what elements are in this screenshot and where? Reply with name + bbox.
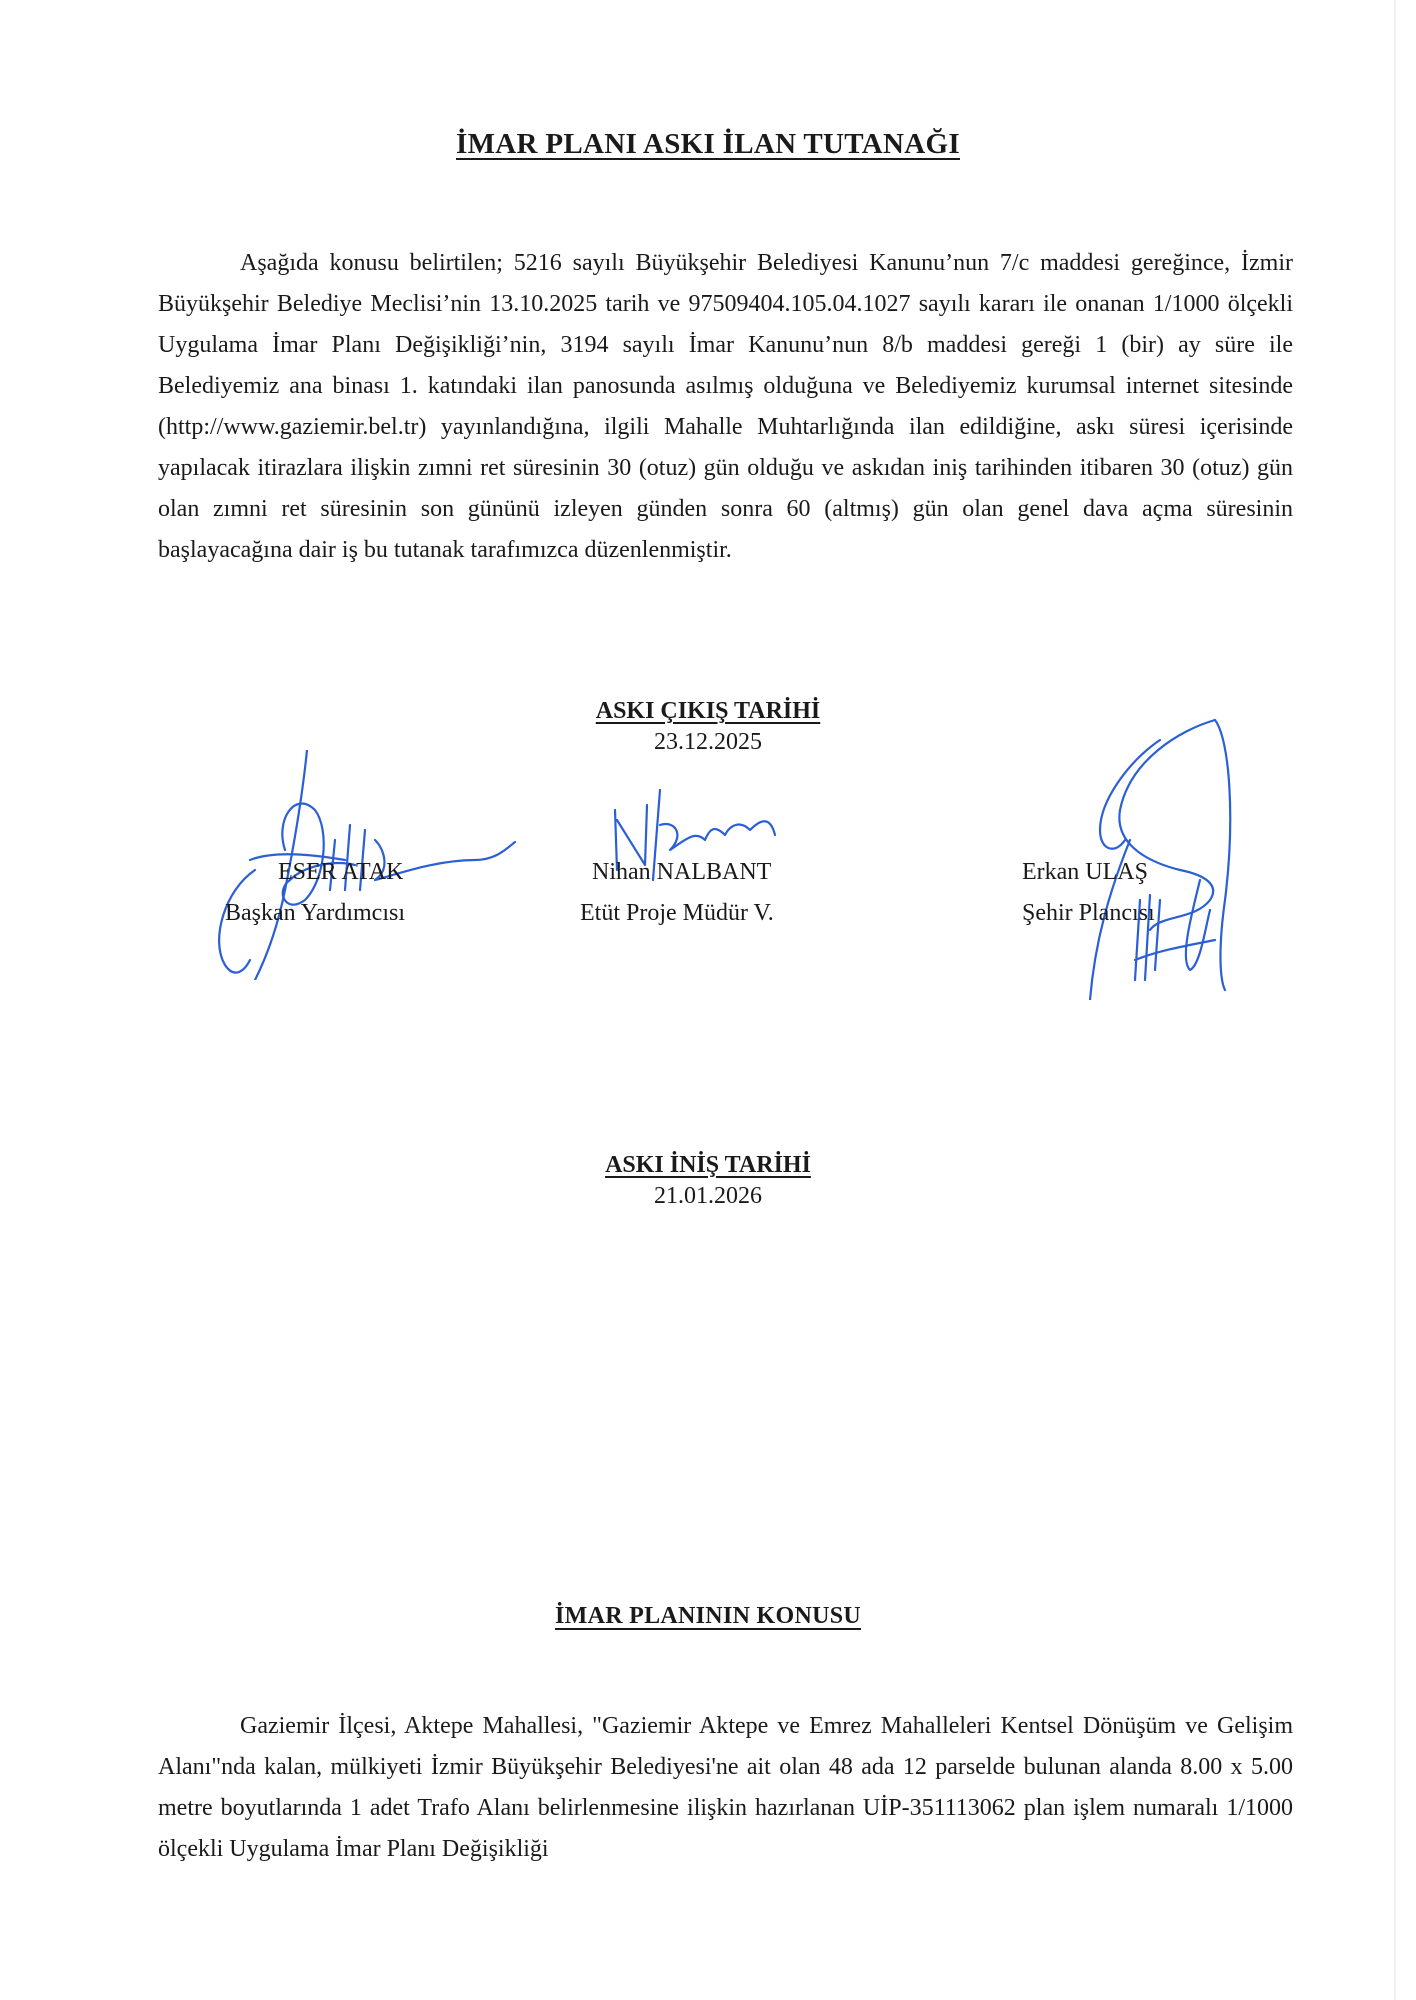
signatory-name: Erkan ULAŞ — [1022, 852, 1222, 893]
document-title: İMAR PLANI ASKI İLAN TUTANAĞI — [0, 128, 1416, 161]
signatory-name: ESER ATAK — [225, 852, 465, 893]
signatory-role: Etüt Proje Müdür V. — [580, 893, 850, 934]
document-page: İMAR PLANI ASKI İLAN TUTANAĞI Aşağıda ko… — [0, 0, 1416, 2000]
entry-date-block: ASKI İNİŞ TARİHİ 21.01.2026 — [0, 1152, 1416, 1210]
exit-date-label: ASKI ÇIKIŞ TARİHİ — [0, 698, 1416, 725]
exit-date-value: 23.12.2025 — [0, 729, 1416, 756]
subject-heading: İMAR PLANININ KONUSU — [0, 1603, 1416, 1630]
signatory-erkan-ulas: Erkan ULAŞ Şehir Plancısı — [1022, 852, 1222, 934]
signatory-role: Başkan Yardımcısı — [225, 893, 465, 934]
signatory-nihan-nalbant: Nihan NALBANT Etüt Proje Müdür V. — [580, 852, 850, 934]
entry-date-value: 21.01.2026 — [0, 1183, 1416, 1210]
signatory-name: Nihan NALBANT — [580, 852, 850, 893]
page-edge-divider — [1394, 0, 1396, 2000]
exit-date-block: ASKI ÇIKIŞ TARİHİ 23.12.2025 — [0, 698, 1416, 756]
signatory-eser-atak: ESER ATAK Başkan Yardımcısı — [225, 852, 465, 934]
intro-paragraph: Aşağıda konusu belirtilen; 5216 sayılı B… — [158, 243, 1293, 571]
subject-paragraph: Gaziemir İlçesi, Aktepe Mahallesi, "Gazi… — [158, 1706, 1293, 1870]
signatory-role: Şehir Plancısı — [1022, 893, 1222, 934]
entry-date-label: ASKI İNİŞ TARİHİ — [0, 1152, 1416, 1179]
